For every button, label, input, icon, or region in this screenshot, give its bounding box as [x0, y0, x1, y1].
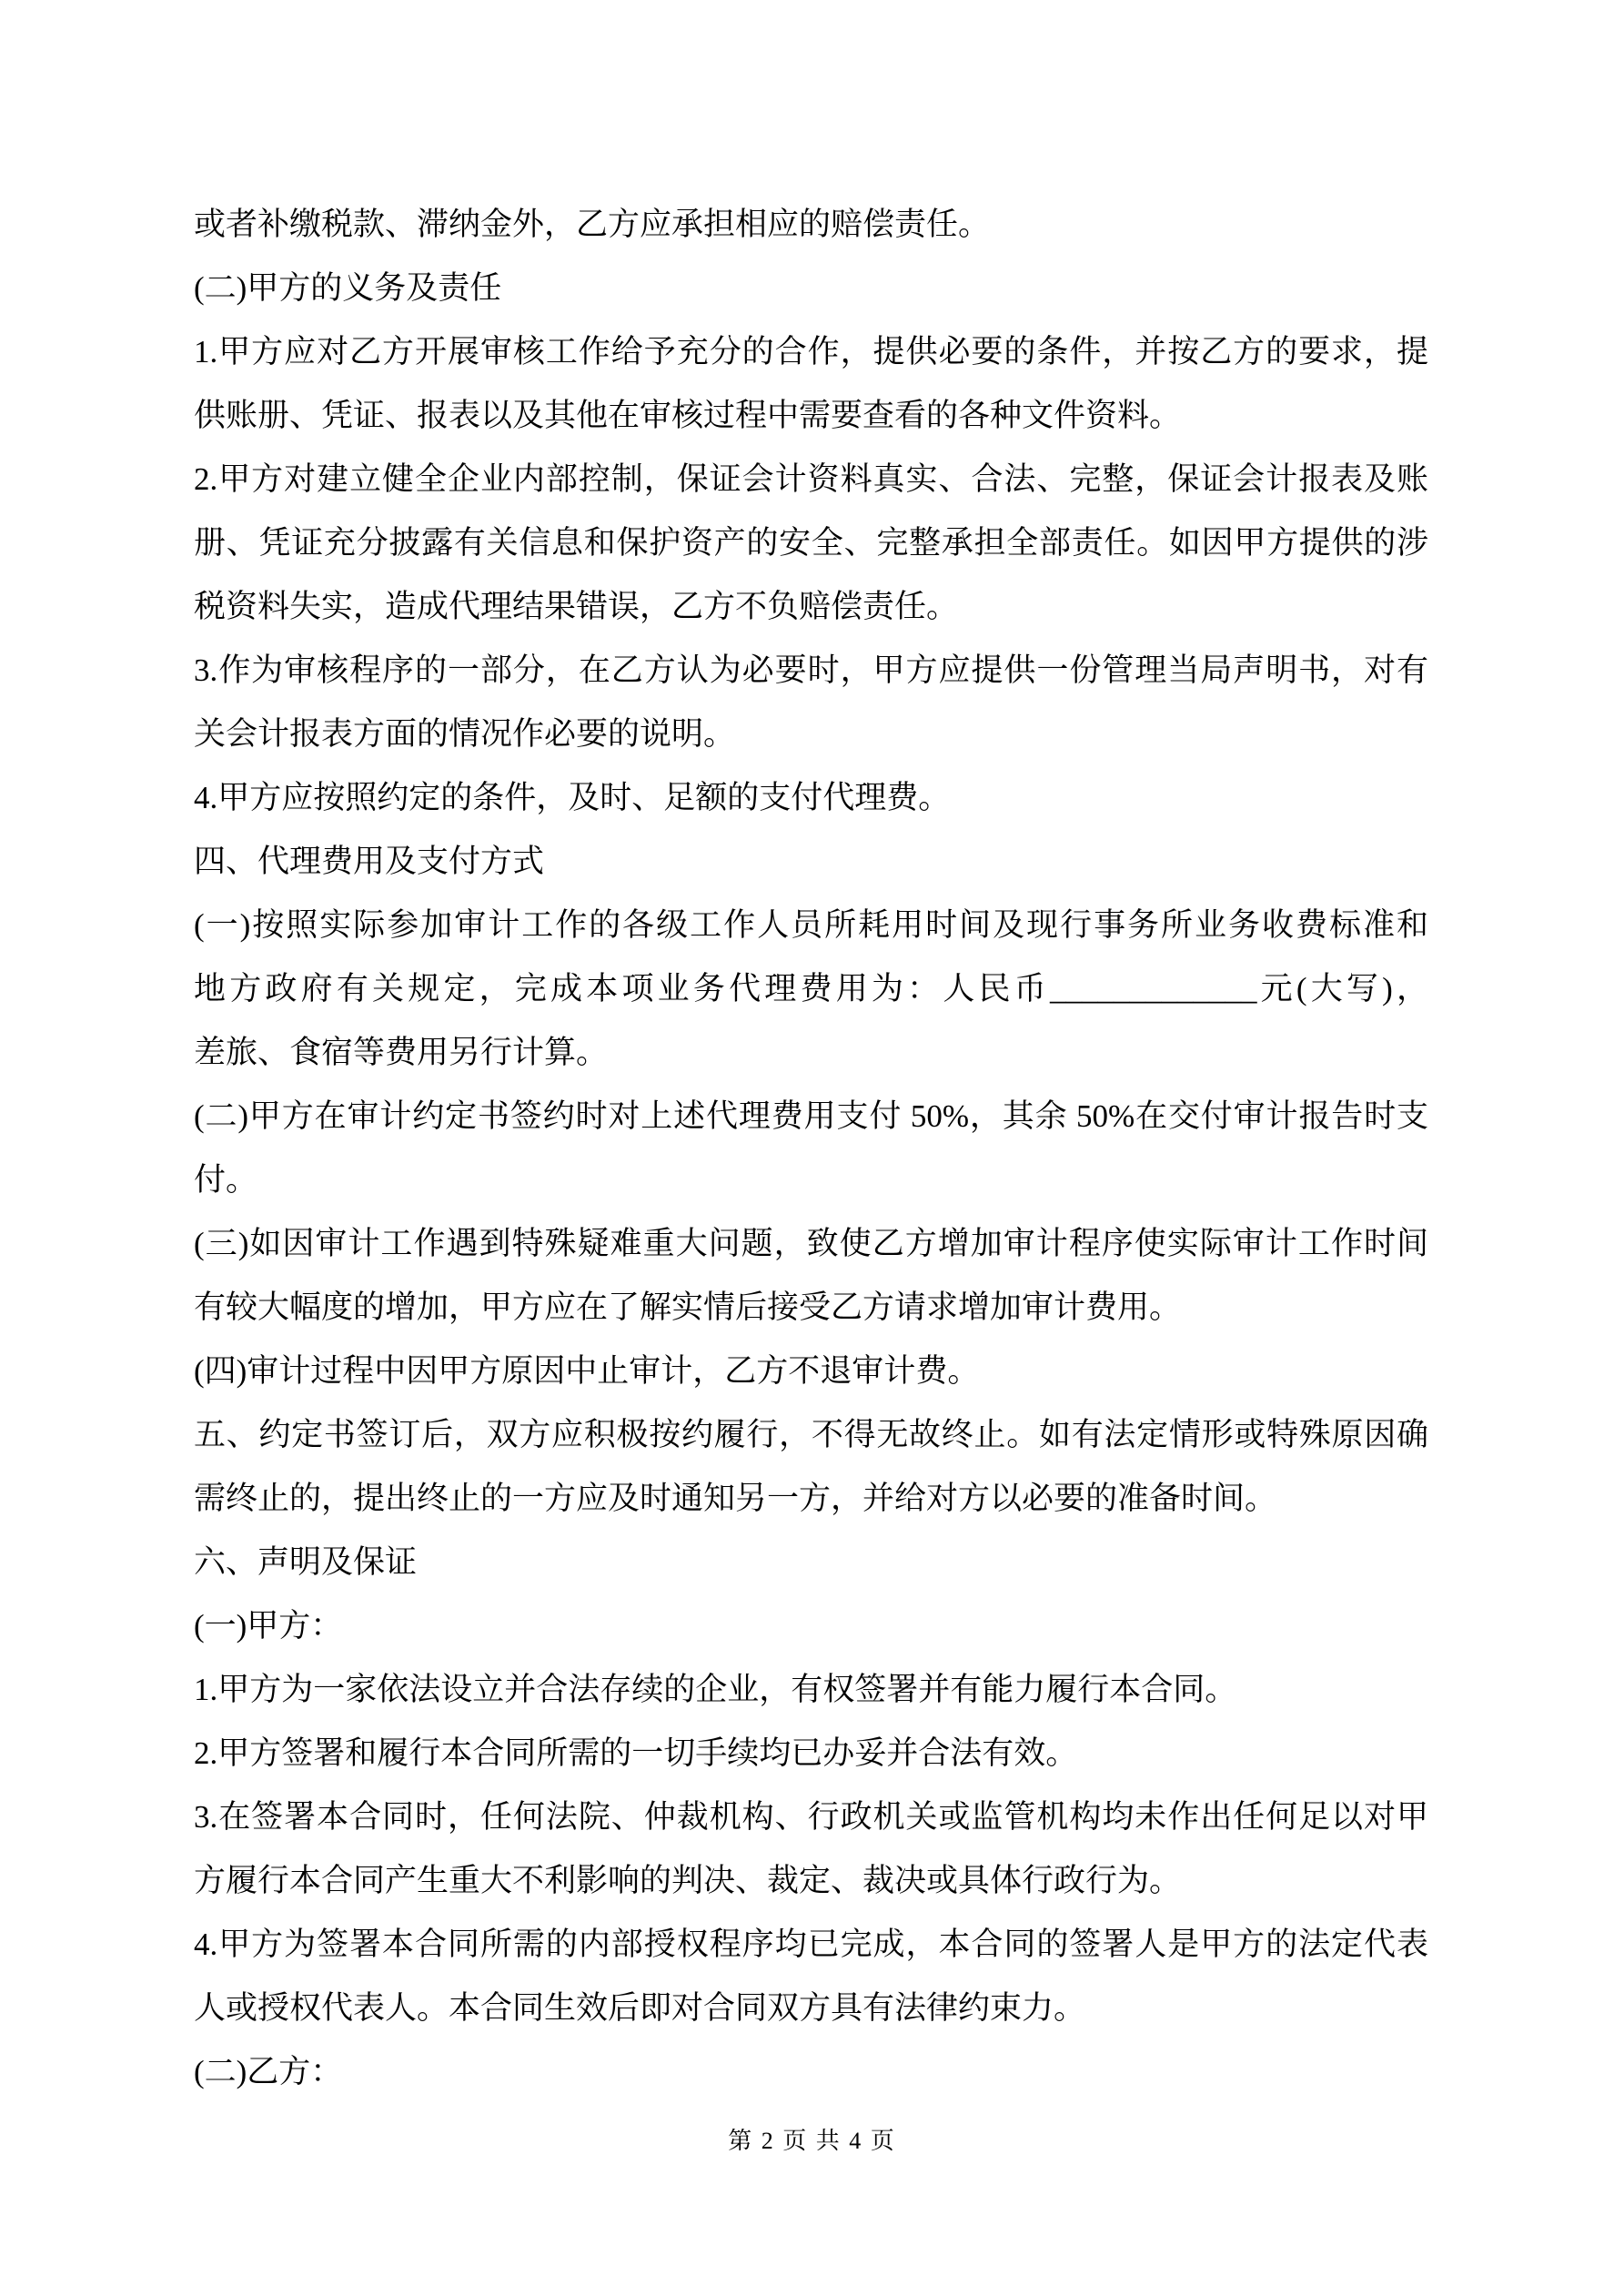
document-line: 3.在签署本合同时，任何法院、仲裁机构、行政机关或监管机构均未作出任何足以对甲	[194, 1785, 1428, 1849]
document-body: 或者补缴税款、滞纳金外，乙方应承担相应的赔偿责任。 (二)甲方的义务及责任 1.…	[194, 193, 1428, 2104]
document-line: 供账册、凭证、报表以及其他在审核过程中需要查看的各种文件资料。	[194, 384, 1428, 448]
document-line: (一)甲方：	[194, 1594, 1428, 1658]
page-footer: 第 2 页 共 4 页	[0, 2123, 1624, 2159]
document-line: 1.甲方为一家依法设立并合法存续的企业，有权签署并有能力履行本合同。	[194, 1658, 1428, 1722]
document-line: 需终止的，提出终止的一方应及时通知另一方，并给对方以必要的准备时间。	[194, 1467, 1428, 1531]
document-line: 税资料失实，造成代理结果错误，乙方不负赔偿责任。	[194, 575, 1428, 639]
document-line: 人或授权代表人。本合同生效后即对合同双方具有法律约束力。	[194, 1977, 1428, 2040]
document-line: 或者补缴税款、滞纳金外，乙方应承担相应的赔偿责任。	[194, 193, 1428, 257]
document-line: 付。	[194, 1148, 1428, 1212]
document-section-heading: 四、代理费用及支付方式	[194, 830, 1428, 894]
document-line: 差旅、食宿等费用另行计算。	[194, 1021, 1428, 1085]
document-section-heading: 五、约定书签订后，双方应积极按约履行，不得无故终止。如有法定情形或特殊原因确	[194, 1403, 1428, 1467]
document-line: 4.甲方应按照约定的条件，及时、足额的支付代理费。	[194, 766, 1428, 830]
document-line: 有较大幅度的增加，甲方应在了解实情后接受乙方请求增加审计费用。	[194, 1276, 1428, 1340]
document-line: 1.甲方应对乙方开展审核工作给予充分的合作，提供必要的条件，并按乙方的要求，提	[194, 320, 1428, 384]
document-line: 3.作为审核程序的一部分，在乙方认为必要时，甲方应提供一份管理当局声明书，对有	[194, 639, 1428, 703]
document-line: (三)如因审计工作遇到特殊疑难重大问题，致使乙方增加审计程序使实际审计工作时间	[194, 1212, 1428, 1276]
document-line: (二)乙方：	[194, 2040, 1428, 2104]
document-line: 4.甲方为签署本合同所需的内部授权程序均已完成，本合同的签署人是甲方的法定代表	[194, 1913, 1428, 1977]
document-line: (二)甲方在审计约定书签约时对上述代理费用支付 50%，其余 50%在交付审计报…	[194, 1085, 1428, 1148]
document-line: 2.甲方签署和履行本合同所需的一切手续均已办妥并合法有效。	[194, 1722, 1428, 1785]
document-line: 关会计报表方面的情况作必要的说明。	[194, 703, 1428, 766]
document-line: 2.甲方对建立健全企业内部控制，保证会计资料真实、合法、完整，保证会计报表及账	[194, 448, 1428, 511]
document-line: (一)按照实际参加审计工作的各级工作人员所耗用时间及现行事务所业务收费标准和	[194, 894, 1428, 957]
document-line: (二)甲方的义务及责任	[194, 257, 1428, 320]
document-line: 册、凭证充分披露有关信息和保护资产的安全、完整承担全部责任。如因甲方提供的涉	[194, 511, 1428, 575]
document-section-heading: 六、声明及保证	[194, 1531, 1428, 1594]
document-page: 或者补缴税款、滞纳金外，乙方应承担相应的赔偿责任。 (二)甲方的义务及责任 1.…	[0, 0, 1624, 2296]
document-line: (四)审计过程中因甲方原因中止审计，乙方不退审计费。	[194, 1340, 1428, 1403]
document-line: 方履行本合同产生重大不利影响的判决、裁定、裁决或具体行政行为。	[194, 1849, 1428, 1913]
document-line-with-blank: 地方政府有关规定，完成本项业务代理费用为：人民币_____________元(大…	[194, 957, 1428, 1021]
